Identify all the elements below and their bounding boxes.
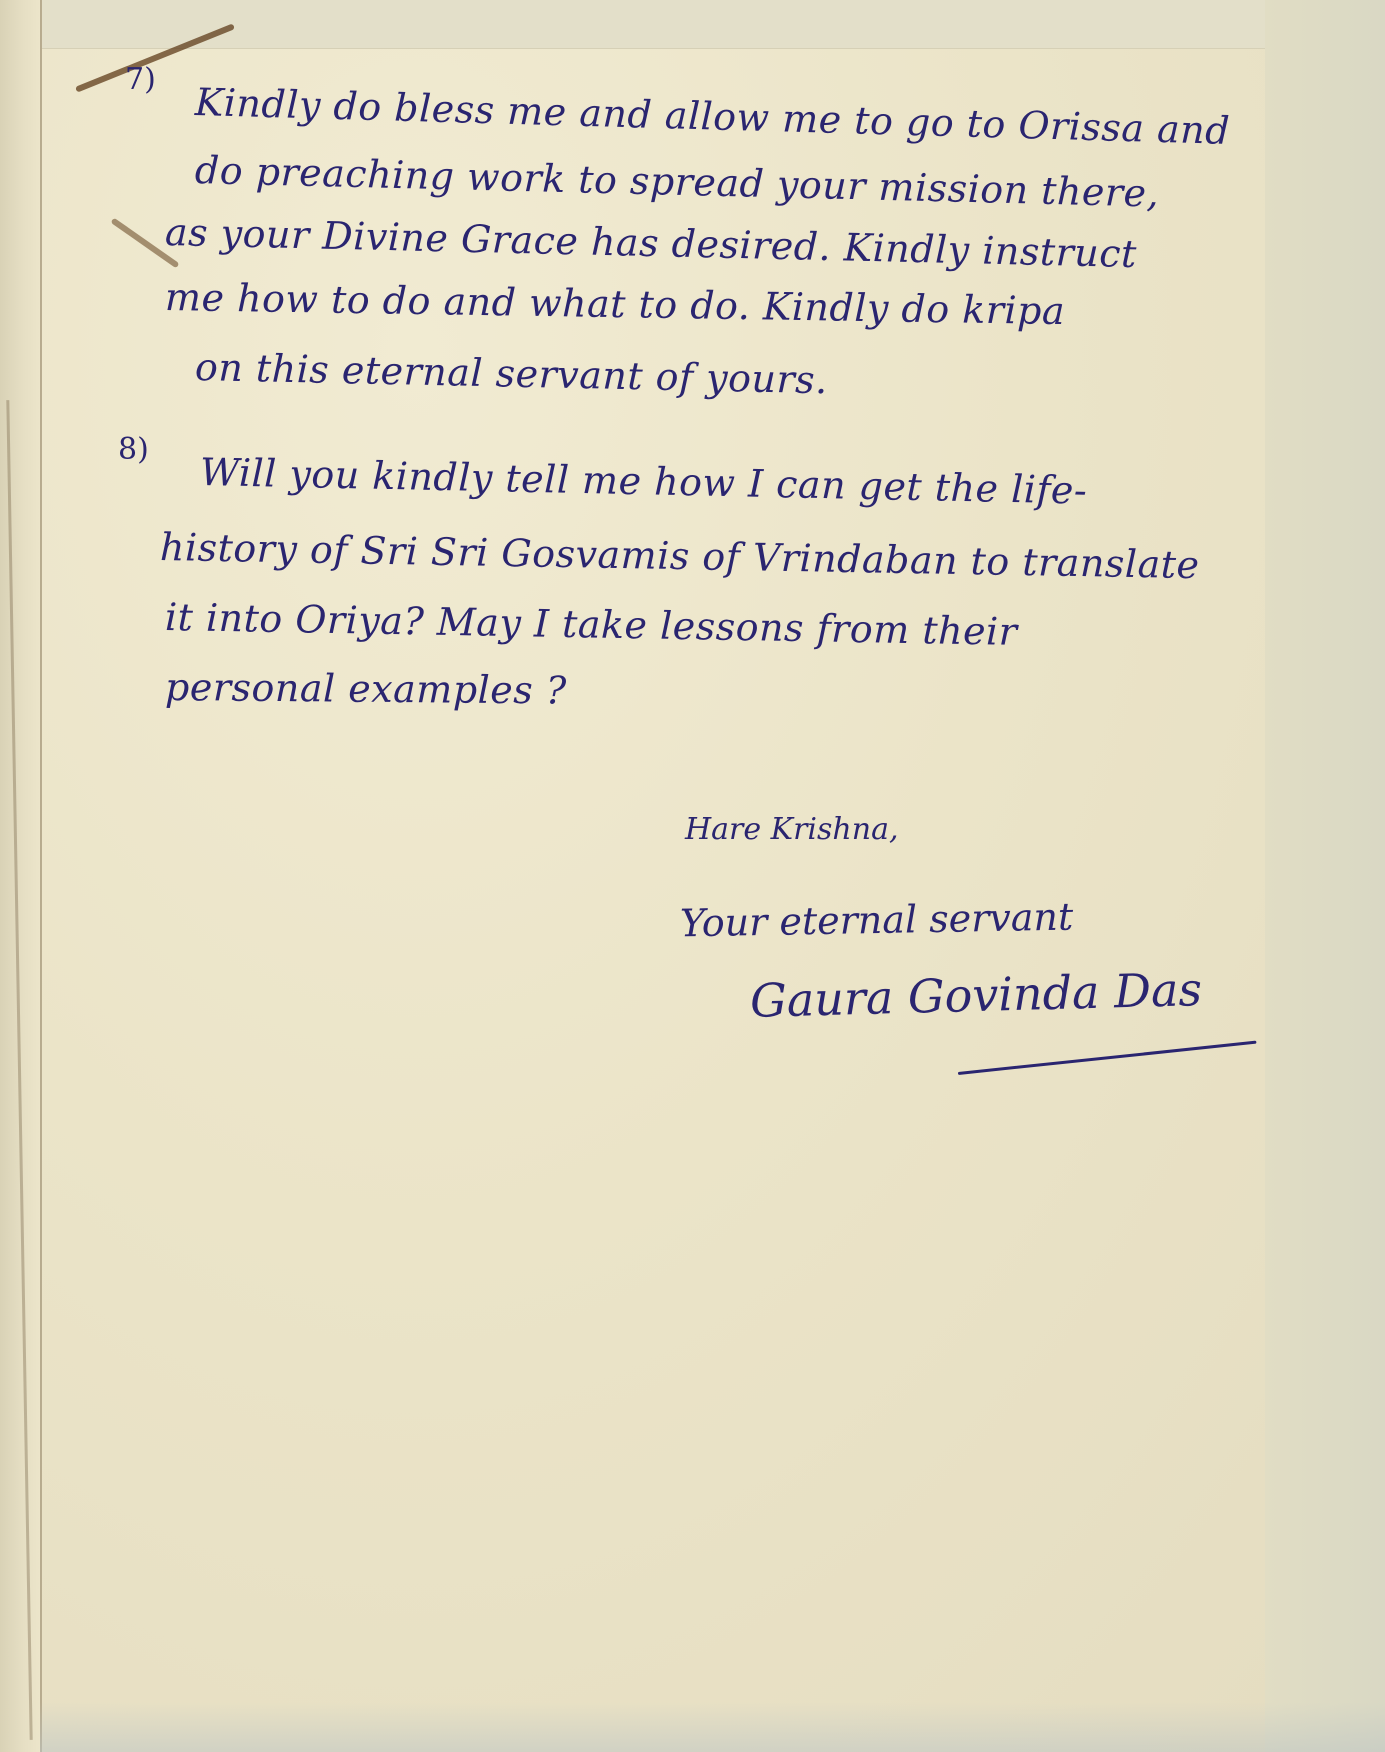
- letter-line: it into Oriya? May I take lessons from t…: [165, 595, 1018, 654]
- signature-underline: [958, 1041, 1257, 1075]
- letter-line: do preaching work to spread your mission…: [194, 148, 1159, 216]
- letter-line: history of Sri Sri Gosvamis of Vrindaban…: [160, 525, 1200, 587]
- signature: Gaura Govinda Das: [749, 962, 1202, 1028]
- bottom-paper-edge: [40, 1702, 1385, 1752]
- letter-line: as your Divine Grace has desired. Kindly…: [165, 210, 1138, 276]
- letter-line: personal examples ?: [165, 665, 567, 713]
- letter-line: Will you kindly tell me how I can get th…: [200, 450, 1088, 513]
- underlying-sheet: [1265, 0, 1385, 1752]
- letter-line: on this eternal servant of yours.: [195, 345, 829, 402]
- closing-greeting: Hare Krishna,: [685, 812, 899, 847]
- letter-page: ​ 7) Kindly do bless me and allow me to …: [0, 0, 1385, 1752]
- left-fold-margin: [0, 0, 42, 1752]
- letter-line: me how to do and what to do. Kindly do k…: [165, 275, 1066, 333]
- letter-line: Kindly do bless me and allow me to go to…: [194, 80, 1230, 153]
- item-number: 8): [118, 432, 149, 467]
- item-number: 7): [125, 62, 156, 97]
- closing-valediction: Your eternal servant: [680, 895, 1074, 946]
